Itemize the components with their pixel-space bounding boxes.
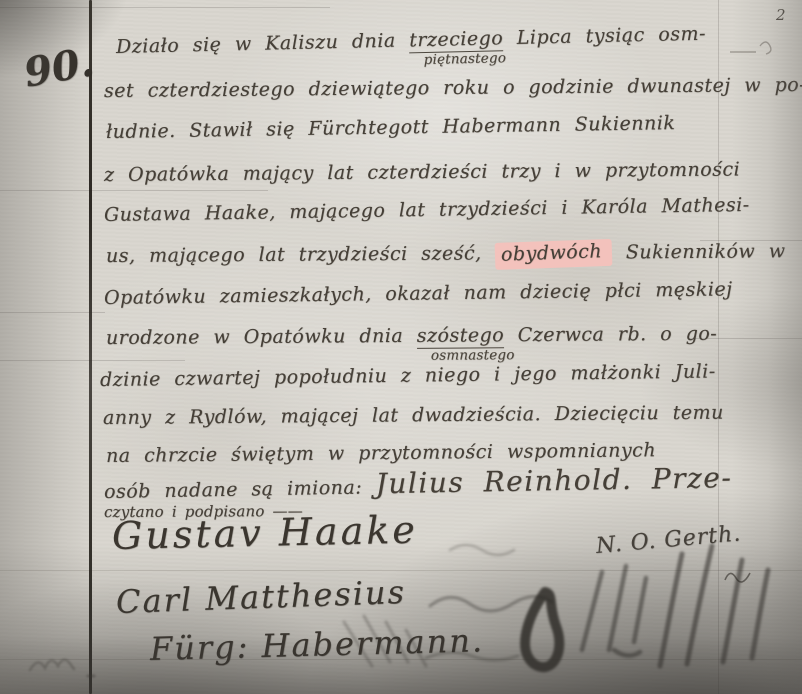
date-correction: szóstegoosmnastego	[417, 324, 505, 347]
inserted-word: osmnastego	[431, 347, 515, 364]
scanned-record-page: 90. 2 Działo się w Kaliszu dnia trzecieg…	[0, 0, 802, 694]
ruled-line	[0, 190, 268, 191]
record-line: Gustawa Haake, mającego lat trzydzieści …	[104, 194, 750, 226]
ink-bleedthrough	[330, 530, 802, 694]
line-text: us, mającego lat trzydzieści sześć,	[106, 242, 495, 267]
record-line: osób nadane są imiona: Julius Reinhold. …	[104, 461, 733, 505]
signature-carl-matthesius: Carl Matthesius	[115, 573, 406, 621]
line-text: Gustawa Haake, mającego lat trzydzieści …	[104, 194, 750, 226]
record-line: urodzone w Opatówku dnia szóstegoosmnast…	[106, 323, 717, 349]
line-text: Opatówku zamieszkałych, okazał nam dziec…	[104, 278, 733, 309]
line-text: Działo się w Kaliszu dnia	[116, 29, 410, 58]
line-text: dzinie czwartej popołudniu z niego i jeg…	[100, 360, 716, 391]
line-text: osób nadane są imiona:	[104, 476, 376, 503]
ruled-line	[0, 570, 802, 571]
page-number: 2	[776, 6, 786, 24]
line-text: łudnie. Stawił się Fürchtegott Habermann…	[106, 112, 676, 143]
record-line: łudnie. Stawił się Fürchtegott Habermann…	[106, 112, 676, 143]
highlighted-word: obydwóch	[495, 239, 613, 270]
signature-habermann: Fürg: Habermann.	[150, 621, 485, 668]
record-line: Działo się w Kaliszu dnia trzeciegopiętn…	[116, 23, 706, 58]
paper-fold-line	[718, 0, 719, 694]
record-line: Opatówku zamieszkałych, okazał nam dziec…	[104, 278, 733, 309]
line-text: Sukienników w	[612, 240, 785, 263]
record-line: dzinie czwartej popołudniu z niego i jeg…	[100, 360, 716, 391]
margin-flourish	[728, 38, 788, 60]
record-line: z Opatówka mający lat czterdzieści trzy …	[104, 158, 740, 186]
ruled-line	[0, 7, 330, 8]
line-text: anny z Rydlów, mającej lat dwadzieścia. …	[103, 402, 724, 429]
signature-registrar-gerth: N. O. Gerth.	[595, 521, 742, 559]
margin-rule-line	[89, 0, 92, 694]
line-text: Lipca tysiąc osm-	[503, 23, 706, 50]
child-given-names: Julius Reinhold. Prze-	[375, 461, 732, 500]
record-line: us, mającego lat trzydzieści sześć, obyd…	[106, 239, 786, 271]
line-text: set czterdziestego dziewiątego roku o go…	[104, 74, 802, 102]
ink-bleedthrough	[18, 636, 168, 688]
signature-gustav-haake: Gustav Haake	[112, 508, 419, 558]
underlined-word: trzeciego	[409, 27, 504, 53]
record-line: anny z Rydlów, mającej lat dwadzieścia. …	[103, 402, 724, 429]
line-text: z Opatówka mający lat czterdzieści trzy …	[104, 158, 740, 186]
inserted-word: piętnastego	[423, 50, 506, 68]
underlined-word: szóstego	[417, 324, 505, 349]
line-text: urodzone w Opatówku dnia	[106, 325, 417, 349]
ruled-line	[0, 360, 185, 361]
date-correction: trzeciegopiętnastego	[409, 27, 504, 51]
record-line: set czterdziestego dziewiątego roku o go…	[104, 74, 802, 102]
signature-paraph-flourish	[722, 566, 760, 586]
entry-number: 90.	[20, 38, 97, 96]
line-text: Czerwca rb. o go-	[504, 323, 717, 346]
